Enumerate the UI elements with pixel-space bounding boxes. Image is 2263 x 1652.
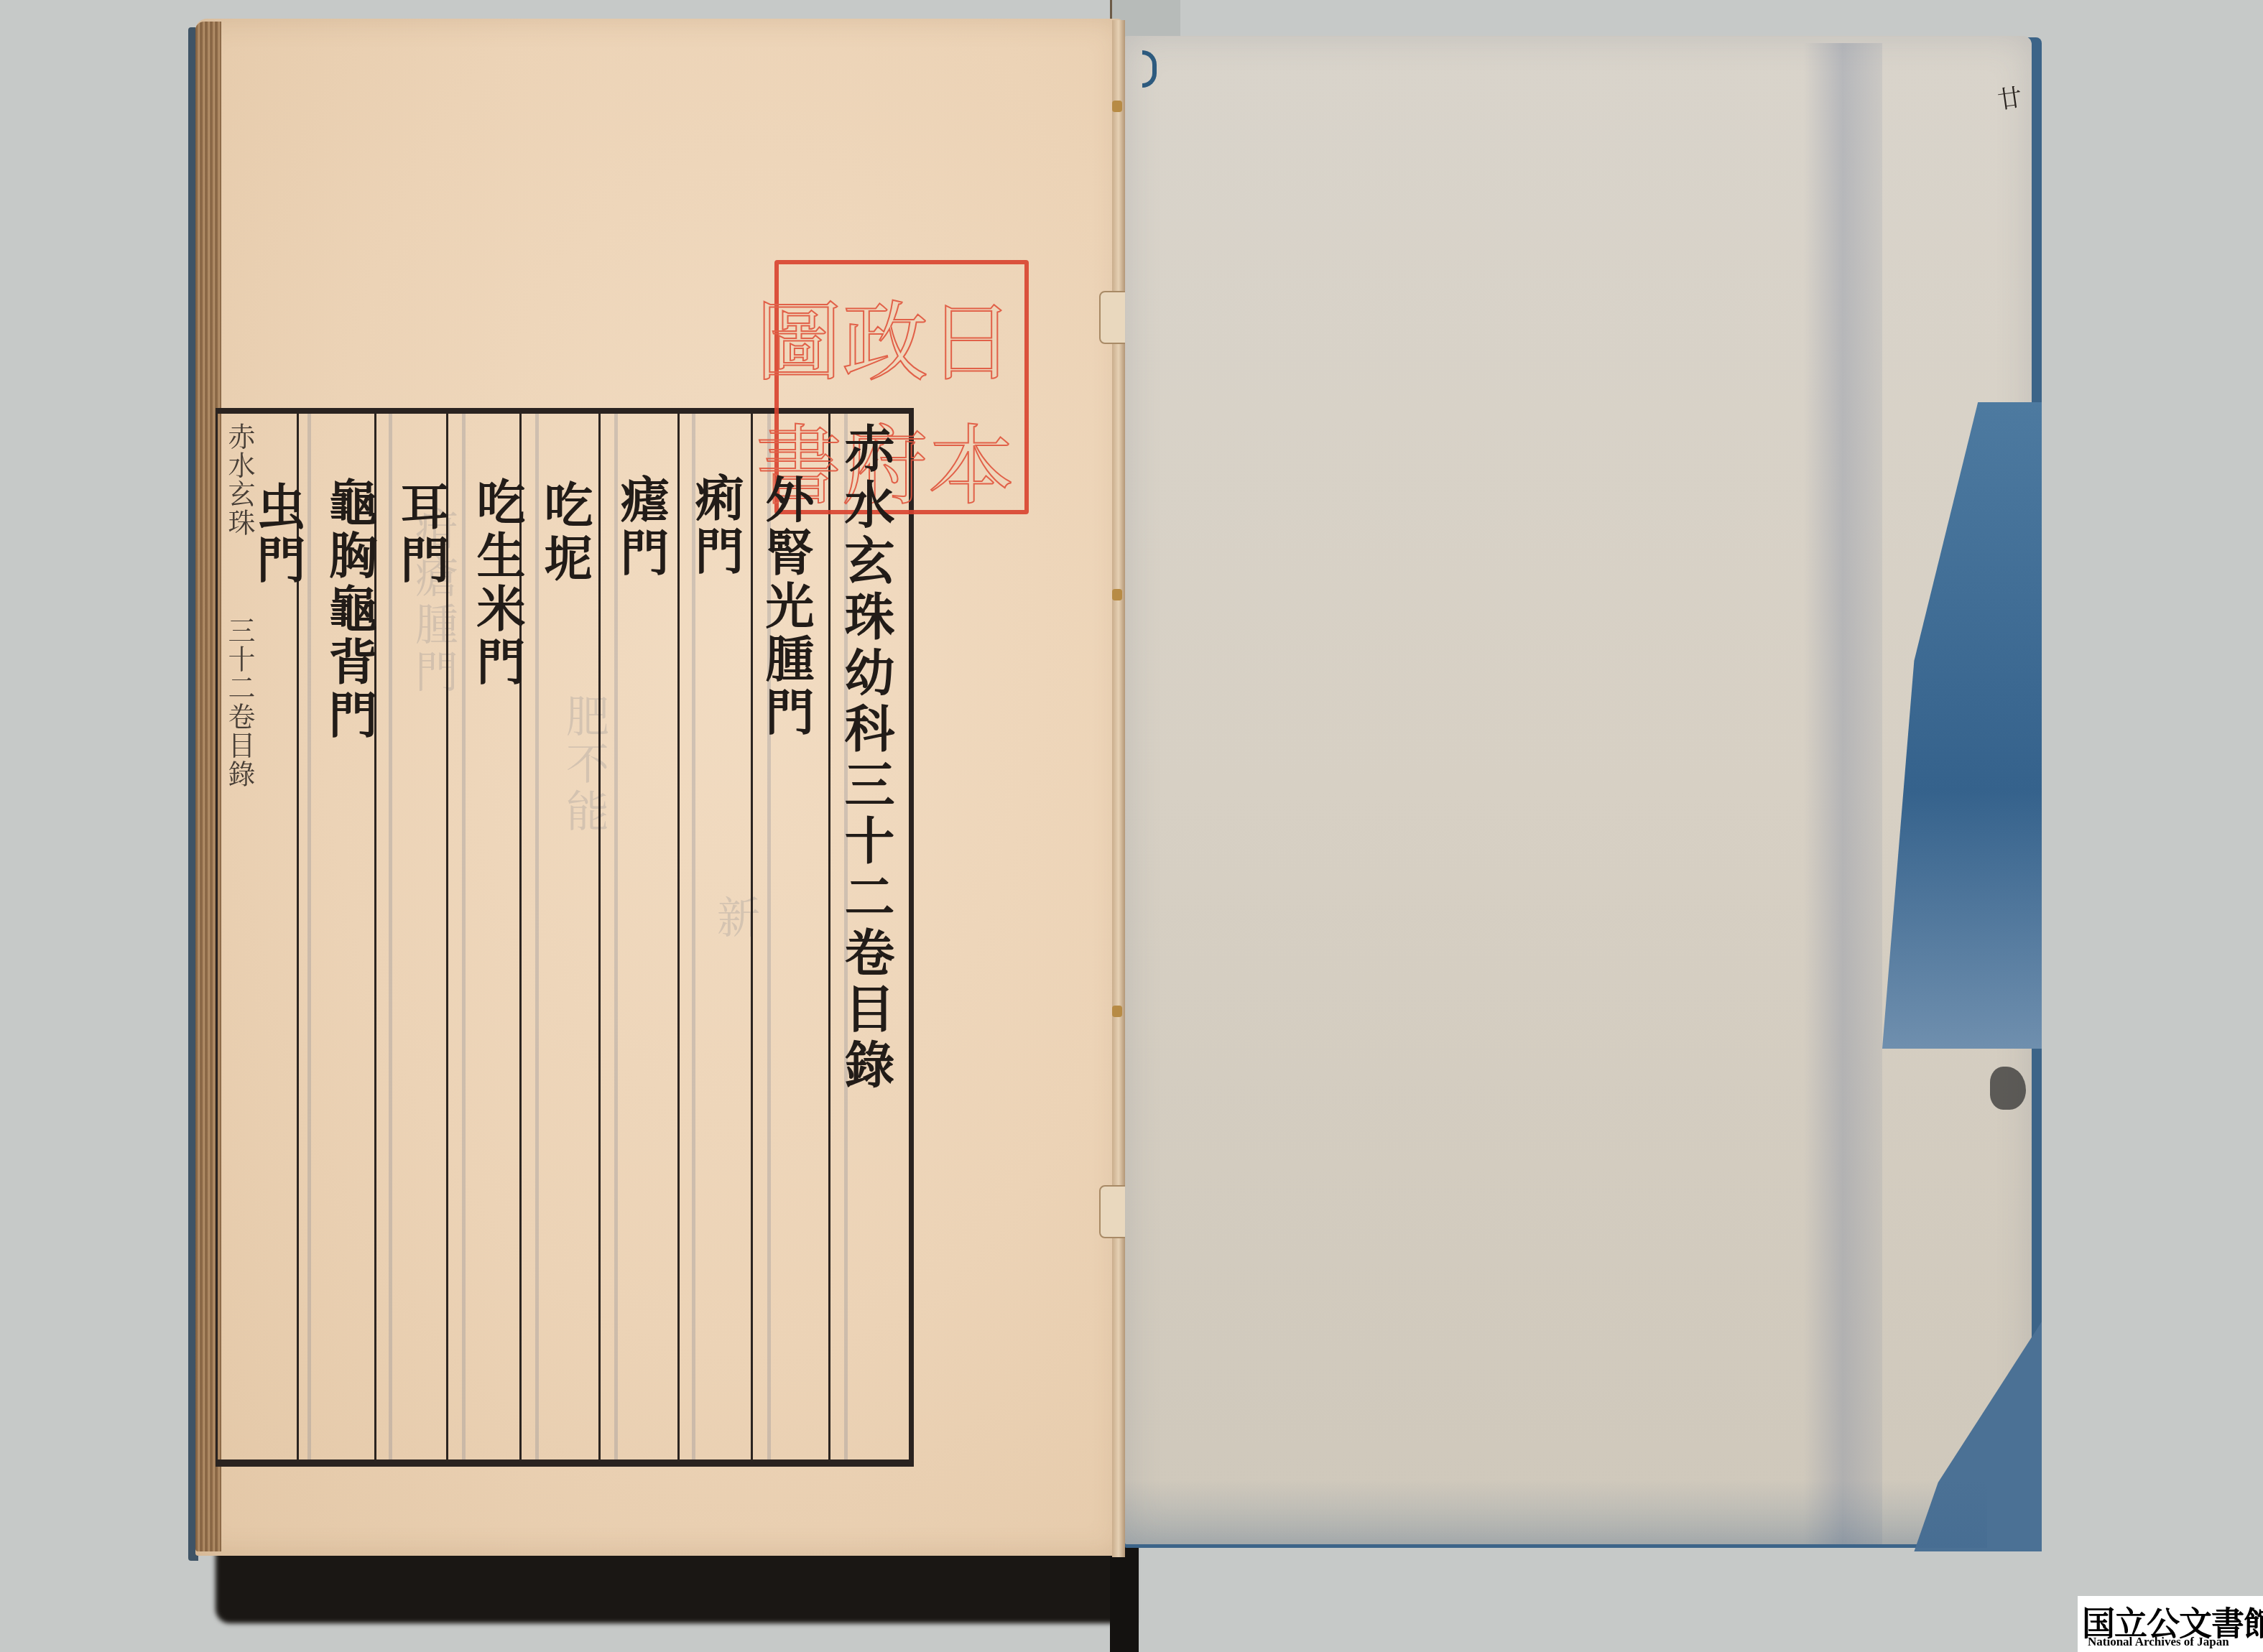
column-rule	[751, 414, 753, 1460]
archive-logo: 国立公文書館 National Archives of Japan	[2078, 1596, 2263, 1652]
toc-title: 赤水玄珠幼科三十二卷目錄	[841, 422, 891, 1095]
banxin-margin: 赤水玄珠 三十二卷目錄	[220, 422, 249, 789]
column-rule-shadow	[307, 414, 311, 1460]
binding-thread	[1112, 1006, 1122, 1017]
binding-thread	[1112, 101, 1122, 112]
seal-char: 日	[928, 274, 1014, 398]
column-rule	[598, 414, 601, 1460]
banxin-volume: 三十二卷目錄	[220, 616, 259, 789]
cover-show-through	[1803, 43, 1882, 1544]
book-shadow	[216, 1544, 1135, 1623]
column-rule-shadow	[462, 414, 466, 1460]
page-corner-mark: 廿	[1995, 78, 2024, 116]
binding-thread	[1112, 589, 1122, 600]
column-rule	[828, 414, 830, 1460]
bottom-wear	[1125, 1480, 1987, 1548]
binding-gutter	[1112, 20, 1125, 1557]
toc-entry: 瘧門	[616, 474, 665, 580]
logo-english: National Archives of Japan	[2088, 1635, 2229, 1649]
column-rule	[677, 414, 680, 1460]
toc-entry: 外腎光腫門	[762, 474, 810, 740]
toc-entry: 耳門	[397, 481, 445, 588]
seal-char: 本	[928, 398, 1014, 521]
toc-entry: 吃生米門	[473, 477, 522, 690]
right-flyleaf-page	[1125, 36, 2032, 1544]
toc-entry: 龜胸龜背門	[325, 477, 374, 743]
seal-char: 圖	[756, 274, 842, 398]
toc-entry: 痢門	[691, 473, 740, 579]
seal-char: 政	[842, 274, 928, 398]
toc-entry: 吃坭	[540, 480, 589, 586]
toc-entry: 虫門	[253, 481, 302, 588]
